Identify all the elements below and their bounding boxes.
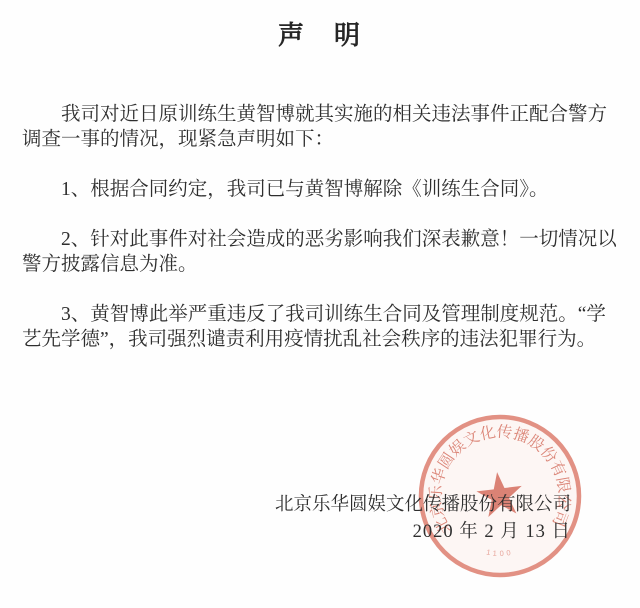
seal-serial-digits: 1100 [486, 547, 515, 558]
signature-block: 北京乐华圆娱文化传播股份有限公司 2020 年 2 月 13 日 [22, 492, 618, 546]
document-title: 声 明 [22, 18, 618, 54]
statement-item-2: 2、针对此事件对社会造成的恶劣影响我们深表歉意！一切情况以警方披露信息为准。 [22, 227, 618, 277]
signature-date: 2020 年 2 月 13 日 [22, 519, 571, 546]
statement-intro: 我司对近日原训练生黄智博就其实施的相关违法事件正配合警方调查一事的情况，现紧急声… [22, 102, 618, 152]
statement-document: 声 明 我司对近日原训练生黄智博就其实施的相关违法事件正配合警方调查一事的情况，… [0, 0, 640, 608]
statement-body: 我司对近日原训练生黄智博就其实施的相关违法事件正配合警方调查一事的情况，现紧急声… [22, 102, 618, 352]
signature-company: 北京乐华圆娱文化传播股份有限公司 [22, 492, 571, 519]
statement-item-3: 3、黄智博此举严重违反了我司训练生合同及管理制度规范。“学艺先学德”，我司强烈谴… [22, 302, 618, 352]
statement-item-1: 1、根据合同约定，我司已与黄智博解除《训练生合同》。 [22, 177, 618, 202]
